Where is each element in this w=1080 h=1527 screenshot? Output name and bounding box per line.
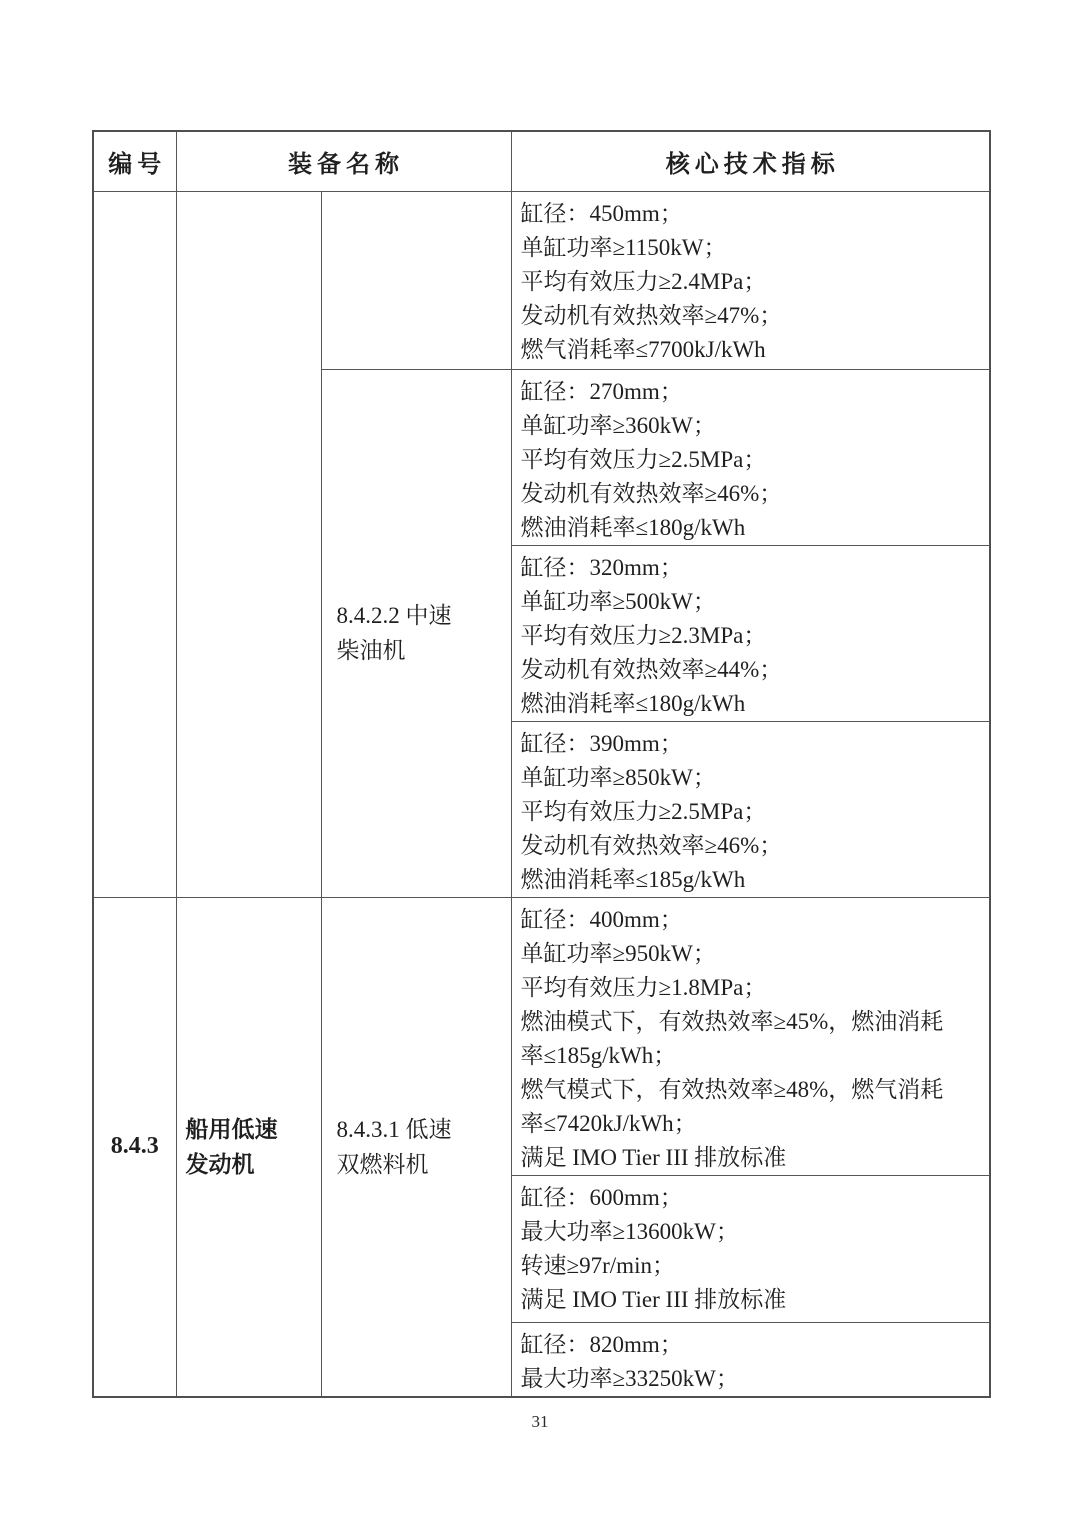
document-page: 编号 装备名称 核心技术指标 缸径：450mm； 单缸功率≥1150kW； 平均… [0,0,1080,1527]
table-header-row: 编号 装备名称 核心技术指标 [93,131,990,191]
spec-cell-cyl450: 缸径：450mm； 单缸功率≥1150kW； 平均有效压力≥2.4MPa； 发动… [511,191,990,369]
page-number: 31 [0,1412,1080,1432]
cell-subitem-empty [321,191,511,369]
table-row: 8.4.3 船用低速 发动机 8.4.3.1 低速 双燃料机 缸径：400mm；… [93,897,990,1175]
cell-subitem-8422-label: 8.4.2.2 中速 柴油机 [321,369,511,897]
spec-cell-cyl820: 缸径：820mm； 最大功率≥33250kW； [511,1322,990,1397]
spec-cell-cyl600: 缸径：600mm； 最大功率≥13600kW； 转速≥97r/min； 满足 I… [511,1175,990,1322]
cell-group-843-number: 8.4.3 [93,897,176,1397]
cell-group-843-name: 船用低速 发动机 [176,897,321,1397]
spec-cell-cyl400: 缸径：400mm； 单缸功率≥950kW； 平均有效压力≥1.8MPa； 燃油模… [511,897,990,1175]
equipment-spec-table: 编号 装备名称 核心技术指标 缸径：450mm； 单缸功率≥1150kW； 平均… [92,130,991,1398]
spec-cell-cyl270: 缸径：270mm； 单缸功率≥360kW； 平均有效压力≥2.5MPa； 发动机… [511,369,990,545]
table-row: 缸径：450mm； 单缸功率≥1150kW； 平均有效压力≥2.4MPa； 发动… [93,191,990,369]
header-cell-number: 编号 [93,131,176,191]
header-cell-core-indicators: 核心技术指标 [511,131,990,191]
header-cell-equipment-name: 装备名称 [176,131,511,191]
cell-group-number-empty [93,191,176,897]
cell-group-name-empty [176,191,321,897]
spec-cell-cyl390: 缸径：390mm； 单缸功率≥850kW； 平均有效压力≥2.5MPa； 发动机… [511,721,990,897]
spec-cell-cyl320: 缸径：320mm； 单缸功率≥500kW； 平均有效压力≥2.3MPa； 发动机… [511,545,990,721]
cell-subitem-8431-label: 8.4.3.1 低速 双燃料机 [321,897,511,1397]
